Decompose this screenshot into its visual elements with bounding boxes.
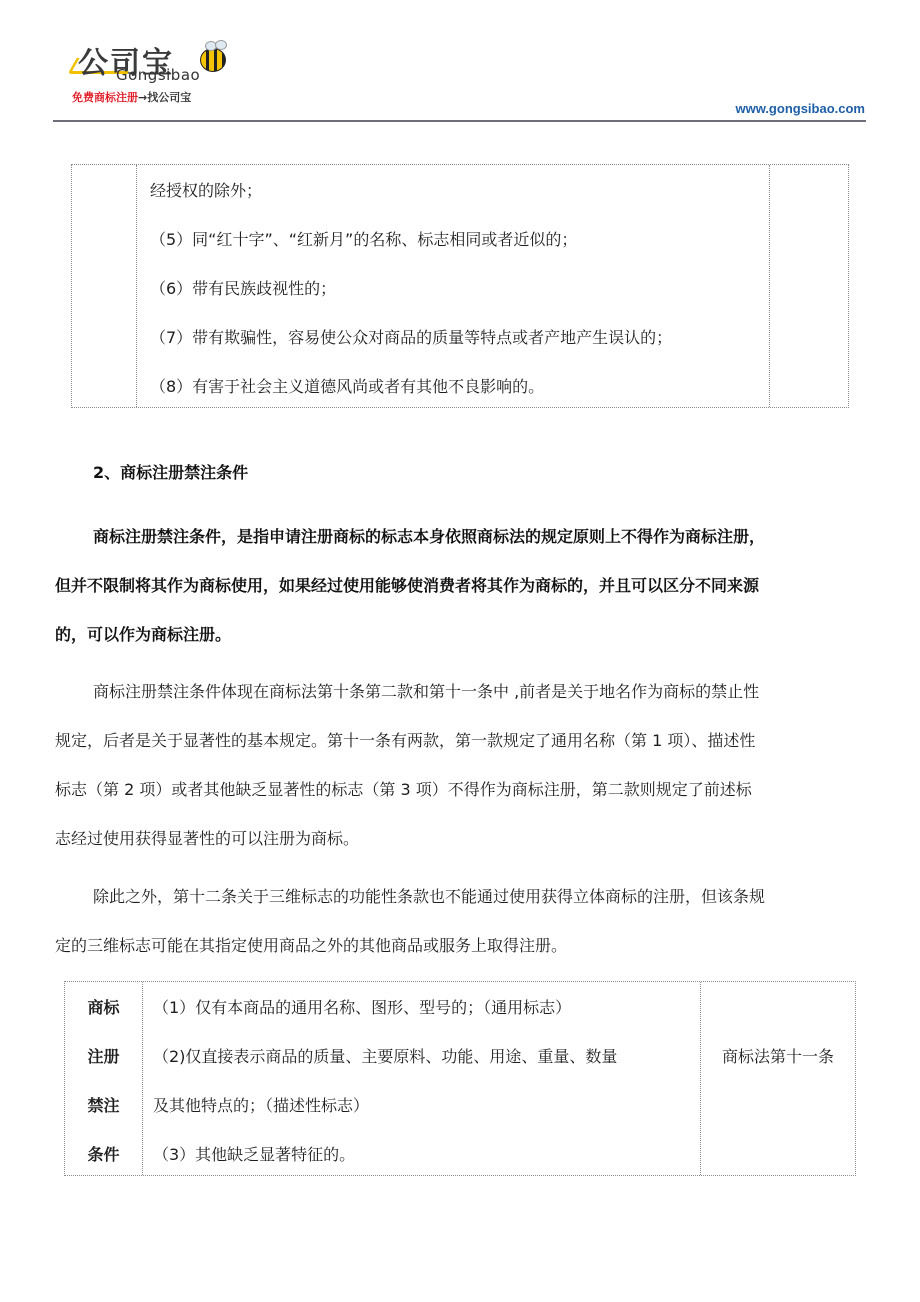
company-logo: 公司宝 Gongsibao 免费商标注册→找公司宝 — [72, 36, 242, 106]
paragraph-line: 商标注册禁注条件，是指申请注册商标的标志本身依照商标法的规定原则上不得作为商标注… — [55, 512, 867, 561]
table-line: （3）其他缺乏显著特征的。 — [153, 1143, 617, 1192]
paragraph-line: 规定，后者是关于显著性的基本规定。第十一条有两款，第一款规定了通用名称（第 1 … — [55, 716, 867, 765]
bee-icon — [200, 48, 226, 72]
law-basis-paragraph: 商标注册禁注条件体现在商标法第十条第二款和第十一条中 ,前者是关于地名作为商标的… — [55, 667, 867, 863]
registration-bar-table: 商标 注册 禁注 条件 （1）仅有本商品的通用名称、图形、型号的；（通用标志） … — [64, 981, 856, 1176]
site-url-link[interactable]: www.gongsibao.com — [735, 101, 865, 116]
label-line: 商标 — [65, 996, 142, 1045]
paragraph-line: 志经过使用获得显著性的可以注册为商标。 — [55, 814, 867, 863]
table-line: 经授权的除外； — [150, 179, 672, 228]
arrow-icon: → — [138, 91, 147, 104]
tagline-dark-text: 找公司宝 — [147, 91, 191, 104]
header-divider — [53, 120, 866, 122]
paragraph-line: 除此之外，第十二条关于三维标志的功能性条款也不能通过使用获得立体商标的注册，但该… — [55, 872, 867, 921]
label-line: 条件 — [65, 1143, 142, 1192]
table-line: （1）仅有本商品的通用名称、图形、型号的；（通用标志） — [153, 996, 617, 1045]
definition-paragraph: 商标注册禁注条件，是指申请注册商标的标志本身依照商标法的规定原则上不得作为商标注… — [55, 512, 867, 659]
table-content-cell: 经授权的除外； （5）同“红十字”、“红新月”的名称、标志相同或者近似的； （6… — [150, 179, 672, 424]
table-content-cell: （1）仅有本商品的通用名称、图形、型号的；（通用标志） （2)仅直接表示商品的质… — [153, 996, 617, 1192]
label-line: 禁注 — [65, 1094, 142, 1143]
table-label-cell: 商标 注册 禁注 条件 — [65, 996, 142, 1192]
law-reference-cell: 商标法第十一条 — [701, 1045, 855, 1069]
prohibited-marks-table: 经授权的除外； （5）同“红十字”、“红新月”的名称、标志相同或者近似的； （6… — [71, 164, 849, 408]
table-column-divider — [136, 165, 137, 407]
paragraph-line: 标志（第 2 项）或者其他缺乏显著性的标志（第 3 项）不得作为商标注册，第二款… — [55, 765, 867, 814]
three-dimensional-paragraph: 除此之外，第十二条关于三维标志的功能性条款也不能通过使用获得立体商标的注册，但该… — [55, 872, 867, 970]
table-column-divider — [769, 165, 770, 407]
table-line: （6）带有民族歧视性的； — [150, 277, 672, 326]
paragraph-line: 但并不限制将其作为商标使用，如果经过使用能够使消费者将其作为商标的，并且可以区分… — [55, 561, 867, 610]
paragraph-line: 的，可以作为商标注册。 — [55, 610, 867, 659]
tagline-red-text: 免费商标注册 — [72, 91, 138, 104]
table-line: （8）有害于社会主义道德风尚或者有其他不良影响的。 — [150, 375, 672, 424]
section-heading: 2、商标注册禁注条件 — [93, 460, 248, 483]
table-line: （5）同“红十字”、“红新月”的名称、标志相同或者近似的； — [150, 228, 672, 277]
logo-tagline: 免费商标注册→找公司宝 — [72, 89, 191, 105]
table-column-divider — [700, 982, 701, 1175]
table-line: （7）带有欺骗性，容易使公众对商品的质量等特点或者产地产生误认的； — [150, 326, 672, 375]
paragraph-line: 定的三维标志可能在其指定使用商品之外的其他商品或服务上取得注册。 — [55, 921, 867, 970]
table-column-divider — [142, 982, 143, 1175]
label-line: 注册 — [65, 1045, 142, 1094]
table-line: 及其他特点的；（描述性标志） — [153, 1094, 617, 1143]
table-line: （2)仅直接表示商品的质量、主要原料、功能、用途、重量、数量 — [153, 1045, 617, 1094]
paragraph-line: 商标注册禁注条件体现在商标法第十条第二款和第十一条中 ,前者是关于地名作为商标的… — [55, 667, 867, 716]
logo-wordmark: Gongsibao — [116, 66, 200, 84]
